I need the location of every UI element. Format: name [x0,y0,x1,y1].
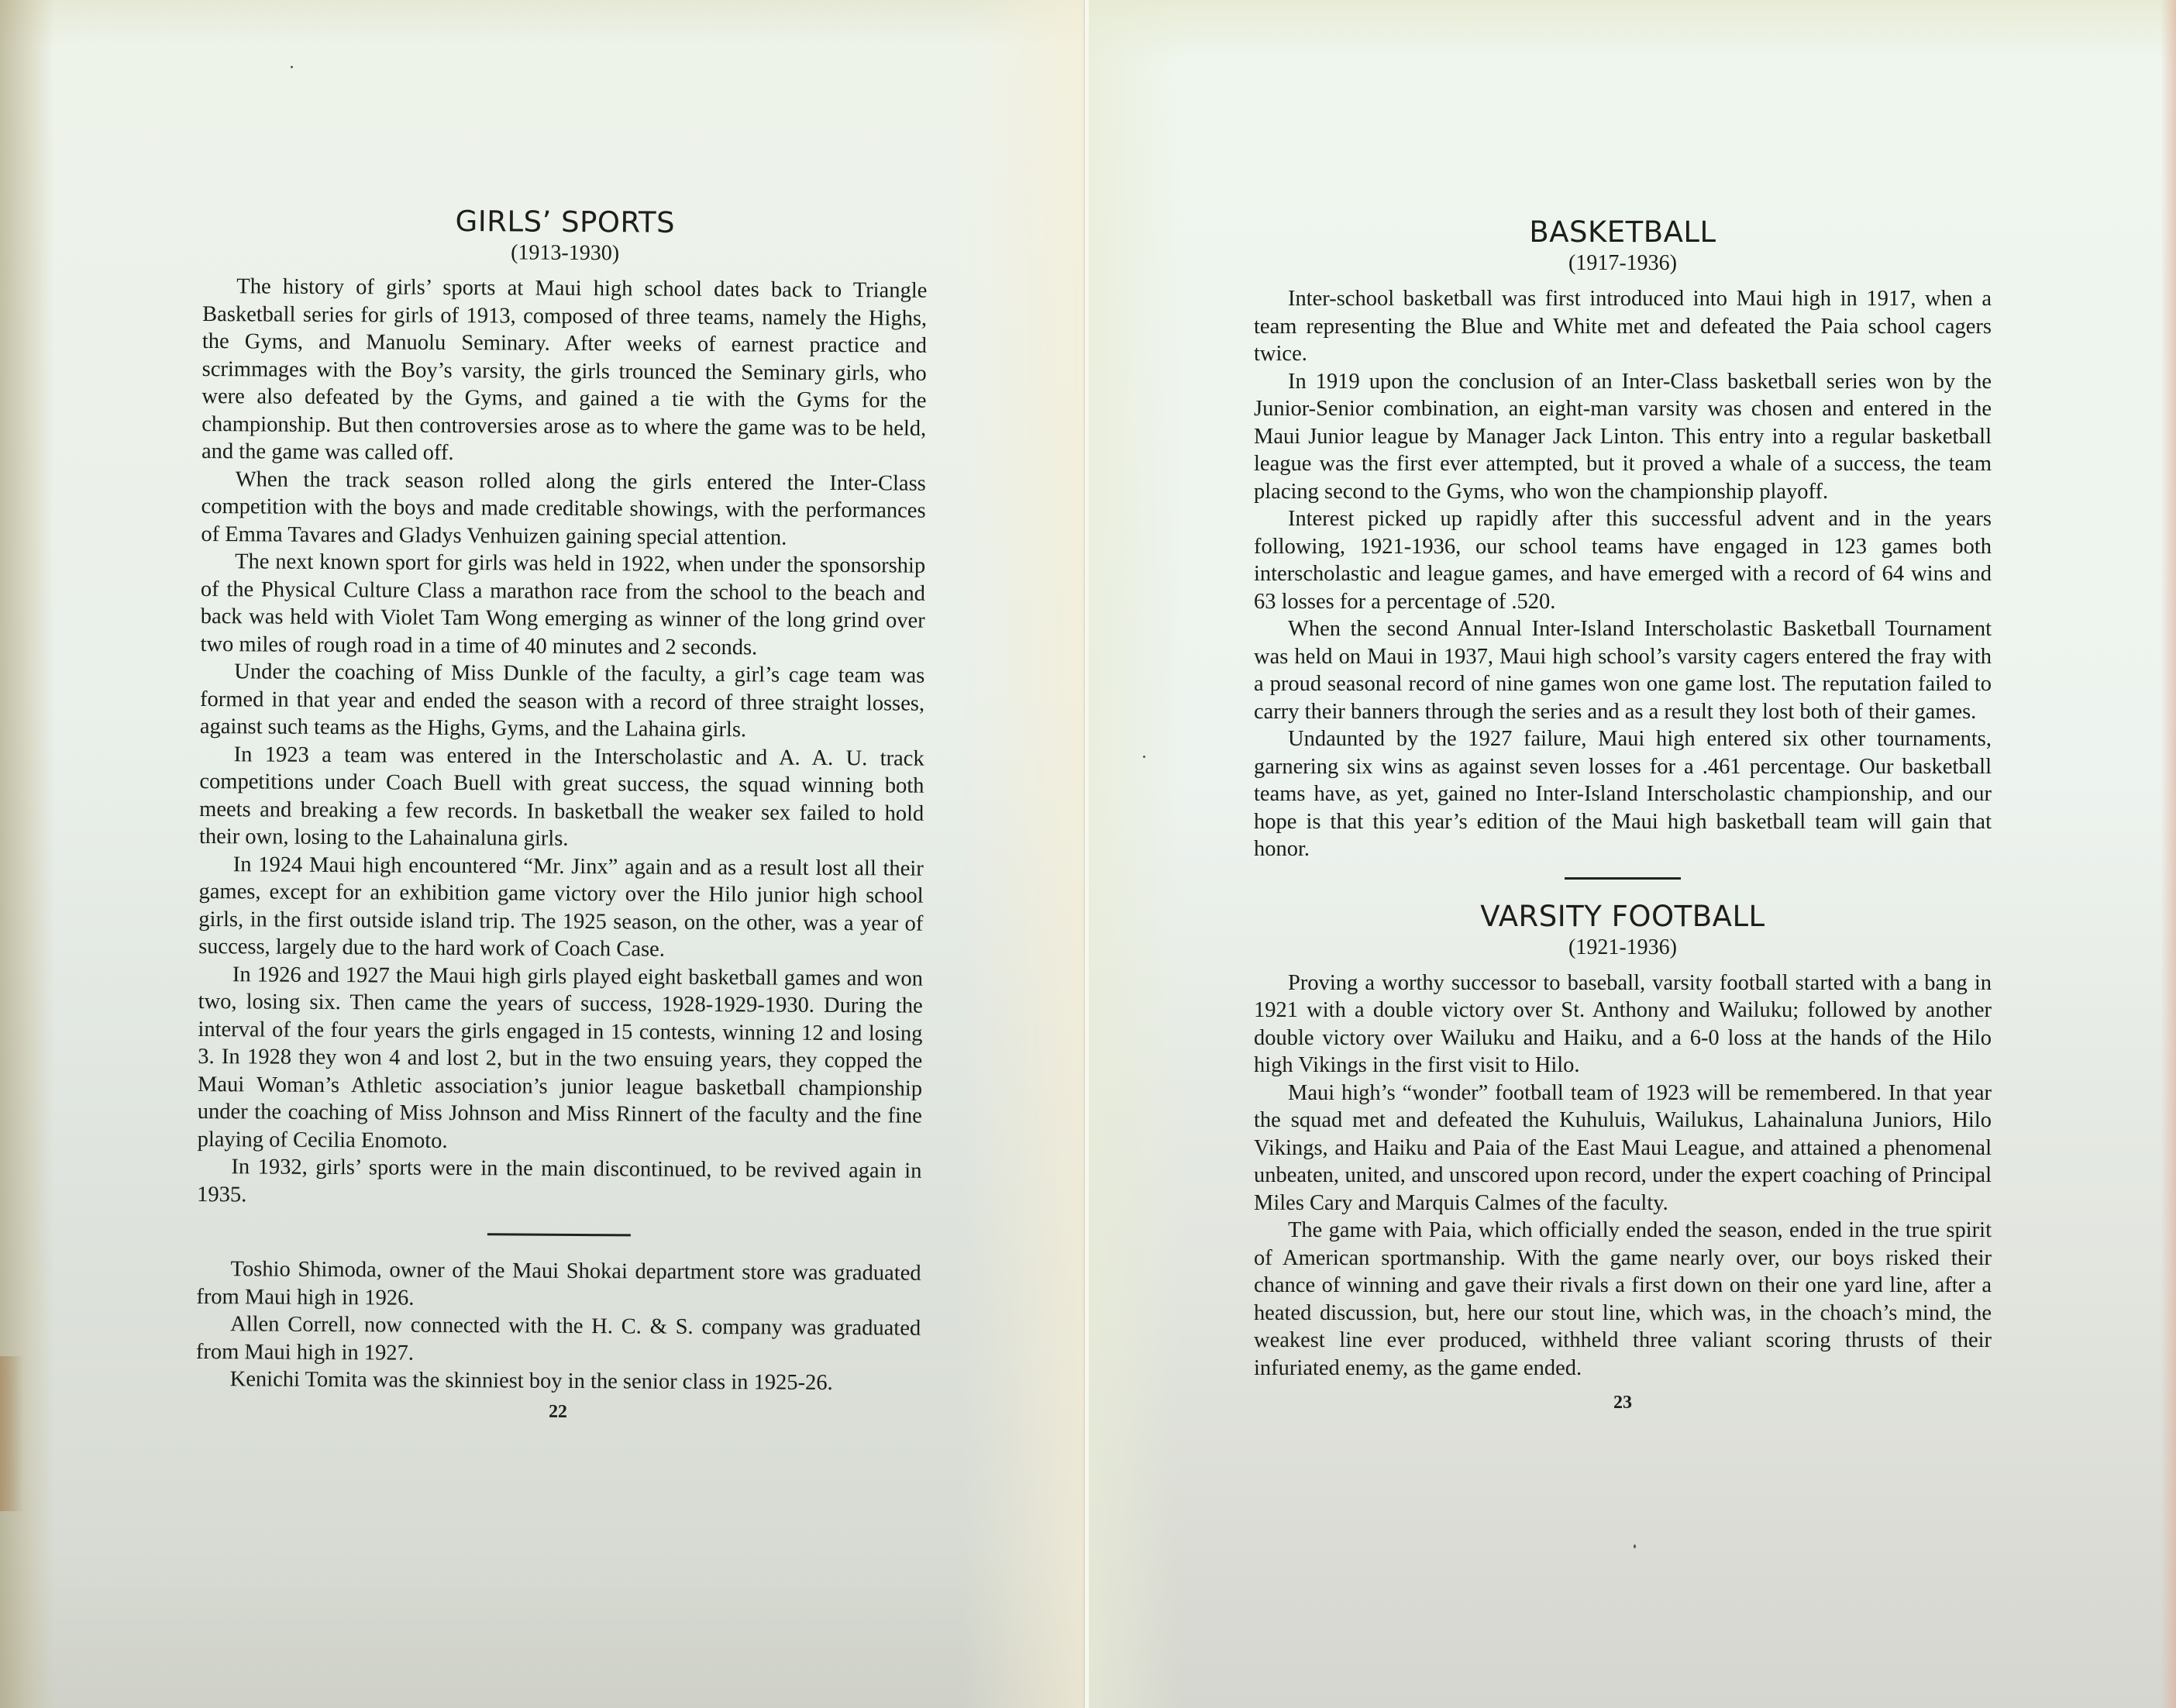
page-number: 23 [1254,1393,1992,1414]
paragraph: In 1923 a team was entered in the Inters… [199,740,924,855]
left-page: GIRLS’ SPORTS (1913-1930) The history of… [0,0,1086,1708]
paragraph: When the track season rolled along the g… [201,465,926,552]
footnote: Toshio Shimoda, owner of the Maui Shokai… [196,1255,921,1315]
paragraph: The next known sport for girls was held … [200,548,925,663]
section-heading-basketball: BASKETBALL [1254,215,1992,250]
section-divider [1565,877,1681,880]
paragraph: Under the coaching of Miss Dunkle of the… [200,658,925,745]
footnotes: Toshio Shimoda, owner of the Maui Shokai… [196,1255,921,1397]
footnote: Kenichi Tomita was the skinniest boy in … [196,1365,921,1397]
left-page-column: GIRLS’ SPORTS (1913-1930) The history of… [195,203,928,1424]
paragraph: The game with Paia, which officially end… [1254,1217,1992,1382]
paragraph: Inter-school basketball was first introd… [1254,285,1992,368]
paper-speck [1143,756,1145,758]
section-heading-girls-sports: GIRLS’ SPORTS [203,203,928,242]
paper-speck [1634,1544,1636,1548]
section-divider [487,1233,631,1236]
section-heading-varsity-football: VARSITY FOOTBALL [1254,900,1992,934]
paragraph: The history of girls’ sports at Maui hig… [201,273,928,470]
section-date-range: (1917-1936) [1254,250,1992,277]
section-date-range: (1913-1930) [203,237,928,270]
paragraph: Proving a worthy successor to baseball, … [1254,969,1992,1080]
paragraph: Interest picked up rapidly after this su… [1254,505,1992,615]
paragraph: In 1919 upon the conclusion of an Inter-… [1254,368,1992,506]
book-spread: GIRLS’ SPORTS (1913-1930) The history of… [0,0,2176,1708]
page-number: 22 [195,1399,920,1424]
footnote: Allen Correll, now connected with the H.… [196,1310,921,1370]
paper-speck [291,66,293,68]
paragraph: In 1924 Maui high encountered “Mr. Jinx”… [198,850,924,965]
paragraph: When the second Annual Inter-Island Inte… [1254,615,1992,725]
paragraph: In 1926 and 1927 the Maui high girls pla… [198,960,924,1157]
paragraph: In 1932, girls’ sports were in the main … [197,1153,921,1213]
right-page-column: BASKETBALL (1917-1936) Inter-school bask… [1254,215,1992,1414]
section-date-range: (1921-1936) [1254,934,1992,962]
paragraph: Undaunted by the 1927 failure, Maui high… [1254,725,1992,863]
paragraph: Maui high’s “wonder” football team of 19… [1254,1080,1992,1217]
